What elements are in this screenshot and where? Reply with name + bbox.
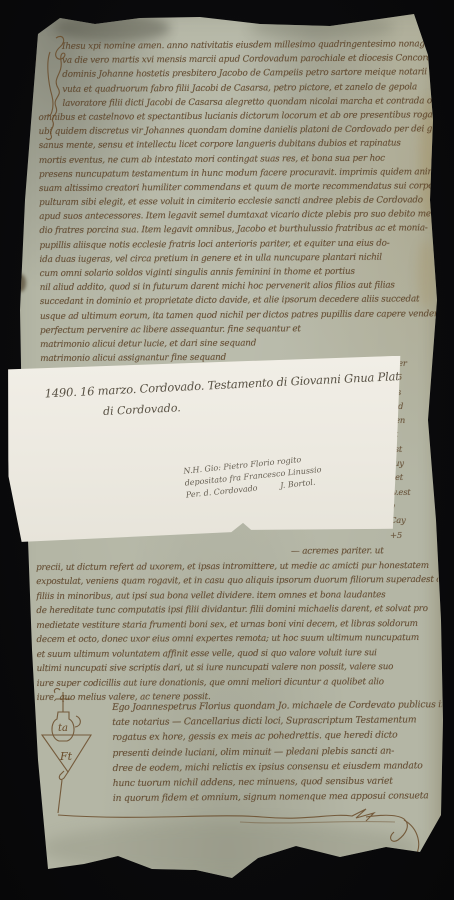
slip-heading-line2: di Cordovado. — [103, 401, 181, 418]
slip-heading: 1490. 16 marzo. Cordovado. Testamento di… — [44, 368, 420, 400]
slip-notes: N.H. Gio: Pietro Florio rogitodepositato… — [183, 452, 323, 501]
ornate-initial — [46, 36, 65, 139]
rust-spot — [25, 53, 35, 66]
manuscript-photo: Ihesu xpi nomine amen. anno nativitatis … — [0, 0, 454, 900]
archival-slip: 1490. 16 marzo. Cordovado. Testamento di… — [6, 356, 406, 544]
notarial-cross — [54, 689, 71, 712]
baseline-flourish — [58, 809, 374, 821]
edge-spot — [17, 146, 24, 156]
monogram-letter-bottom: Ft — [59, 750, 73, 763]
monogram-letter-top: ta — [58, 723, 68, 734]
